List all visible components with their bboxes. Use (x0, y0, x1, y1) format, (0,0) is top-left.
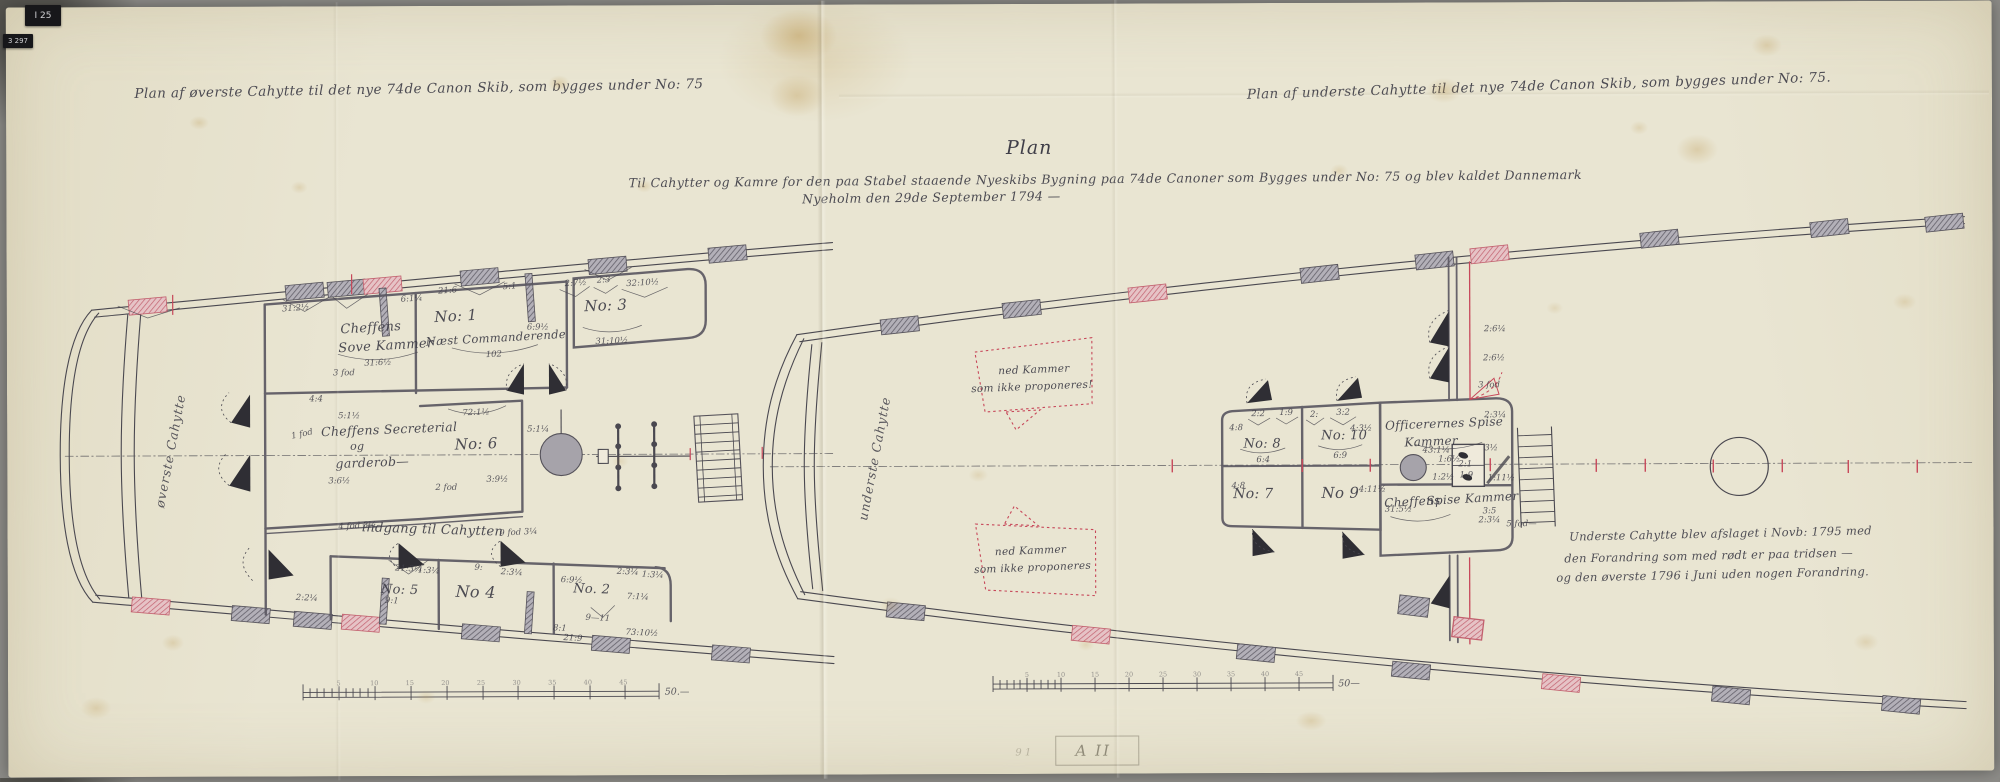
dim-label: 1:9 (1459, 470, 1473, 480)
dim-label: 31:6½ (364, 358, 392, 369)
dim-label: 2:3¼ (1484, 410, 1506, 420)
dim-label: 1:9 (1279, 408, 1293, 418)
dim-label: 2: (1310, 410, 1318, 420)
dim-label: 3 fod (333, 368, 355, 378)
dim-label: 1:6½ (1438, 454, 1460, 464)
scale-num: 15 (406, 679, 414, 687)
main-title: Plan (1006, 137, 1053, 159)
dateline: Nyeholm den 29de September 1794 — (802, 188, 1061, 206)
pencil-marks: 9 1 (1015, 747, 1031, 758)
dim-label: 1:3¼ (417, 565, 439, 576)
dim-label: 6:9½ (527, 323, 549, 333)
dim-label: 4:4 (309, 394, 323, 404)
dim-label: 72:1½ (462, 407, 490, 418)
room-label: No: 3 (584, 296, 628, 316)
archive-bottom-mark-box (1055, 736, 1139, 766)
left-plan-fittings (540, 409, 743, 503)
scale-num: 40 (584, 678, 592, 686)
dim-label: 4:3½ (1350, 424, 1372, 434)
scale-num: 40 (1261, 670, 1269, 678)
room-label: No 9 (1321, 484, 1359, 502)
archive-corner-label-2: 3 297 (3, 34, 33, 48)
dim-label: 32:10½ (626, 277, 659, 289)
dim-label: 5:1 (502, 281, 516, 292)
scale-num: 35 (548, 679, 556, 687)
dim-label: 9—11 (585, 613, 610, 624)
dim-label: 73:10½ (625, 627, 658, 639)
dim-label: 2:1 (1458, 459, 1472, 469)
dim-label: 6:1¼ (400, 293, 423, 305)
left-plan-door-arcs (218, 364, 567, 581)
room-label: og (350, 440, 364, 453)
dim-label: 102 (486, 349, 503, 360)
dim-label: 2:2¼ (296, 593, 318, 604)
dim-label: 1:3¼ (641, 570, 663, 581)
scale-num: 10 (1057, 671, 1065, 679)
left-plan-doors (229, 364, 567, 580)
dim-label: 6:4 (1256, 455, 1270, 465)
dim-label: 6:9 (1333, 451, 1347, 461)
dim-label: 3:6½ (328, 476, 350, 486)
dim-label: 31:10½ (595, 336, 628, 347)
scale-num: 20 (1125, 671, 1133, 679)
scale-num: 20 (441, 679, 449, 687)
scale-num: 45 (619, 678, 627, 686)
dim-label: 31:2½ (282, 302, 310, 314)
dim-label: 2 fod (435, 483, 457, 493)
dim-label: 2:6¼ (1484, 324, 1506, 334)
scale-num: 10 (370, 679, 378, 687)
dim-label: 3:2 (1336, 408, 1350, 418)
dim-label: 5:1½ (338, 411, 360, 421)
dim-label: 2:3¼ (1478, 515, 1500, 525)
dim-label: 1:2½ (1432, 472, 1454, 482)
scale-num: 45 (1295, 670, 1303, 678)
dim-label: 3 fod (1478, 380, 1500, 390)
scale-num: 25 (477, 679, 485, 687)
dim-label: 31:5½ (1385, 505, 1412, 515)
dim-label: 4:8 (1229, 423, 1243, 433)
scale-num: 35 (1227, 670, 1235, 678)
scale-num: 25 (1159, 670, 1167, 678)
dim-label: 2:2 (1251, 409, 1265, 419)
scale-num: 5 (1025, 671, 1029, 679)
room-label: No: 1 (434, 306, 478, 326)
scanned-paper-sheet: Plan af øverste Cahytte til det nye 74de… (6, 1, 1995, 778)
dim-label: 5 fod— (1506, 519, 1536, 529)
dim-label: 2:3¼ (500, 567, 522, 578)
room-label: No 4 (455, 582, 496, 602)
dim-label: 4:11½ (1359, 485, 1386, 495)
dim-label: 4 fod 3¼ (338, 520, 377, 532)
dim-label: 1:11½ (1488, 473, 1515, 483)
dim-label: 9: (474, 563, 483, 573)
dim-label: 5:1¼ (527, 425, 549, 435)
room-label: No: 6 (454, 434, 498, 454)
dim-label: 6:9½ (560, 575, 582, 586)
dim-label: 4:8 (1231, 481, 1245, 491)
dim-label: 3½ (1484, 443, 1498, 453)
dim-label: 2:3 (597, 275, 611, 286)
dim-label: 7:1¼ (627, 592, 649, 603)
scale-num: 15 (1091, 671, 1099, 679)
archive-corner-label-1: I 25 (25, 5, 61, 26)
scale-num: 5 (337, 679, 341, 687)
left-scale-end-label: 50.— (665, 687, 690, 698)
right-scale-end-label: 50— (1338, 678, 1360, 689)
scale-num: 30 (512, 679, 520, 687)
dim-label: 3:9½ (486, 475, 508, 485)
scale-num: 30 (1193, 670, 1201, 678)
dim-label: 2:7½ (564, 278, 586, 289)
dim-label: 2:6½ (1483, 353, 1505, 363)
dim-label: 2:3¼ (616, 567, 638, 578)
dim-label: 9:1 (385, 596, 399, 607)
dim-label: 9 fod 3¼ (499, 527, 538, 539)
room-label: garderob— (335, 453, 409, 471)
room-label: No: 8 (1243, 437, 1281, 452)
dim-label: 21:6 (438, 285, 458, 296)
drawing-content: Plan af øverste Cahytte til det nye 74de… (0, 0, 2000, 778)
dim-label: 21:9 (563, 633, 583, 644)
